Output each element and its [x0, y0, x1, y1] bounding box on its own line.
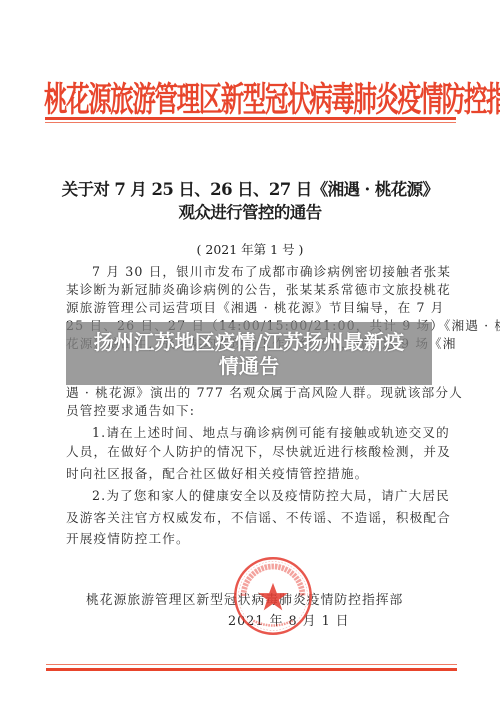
body-line: 人员，在做好个人防护的情况下，尽快就近进行核酸检测，并及 — [66, 444, 438, 460]
org-header: 桃花源旅游管理区新型冠状病毒肺炎疫情防控指挥部 — [44, 72, 456, 121]
official-seal — [232, 555, 314, 637]
body-line: 2.为了您和家人的健康安全以及疫情防控大局，请广大居民 — [92, 488, 464, 504]
header-rule-thin — [45, 122, 456, 123]
notice-title-line-2: 观众进行管控的通告 — [40, 199, 460, 223]
document-page: 桃花源旅游管理区新型冠状病毒肺炎疫情防控指挥部 关于对 7 月 25 日、26 … — [0, 0, 500, 710]
body-line: 及游客关注官方权威发布，不信谣、不传谣、不造谣，积极配合 — [66, 510, 438, 526]
body-line: 源旅游管理公司运营项目《湘遇 · 桃花源》节目编导，在 7 月 — [66, 300, 438, 316]
document-number: ( 2021 年第 1 号 ) — [40, 240, 460, 258]
star-icon — [258, 583, 288, 610]
body-line: 7 月 30 日，银川市发布了成都市确诊病例密切接触者张某 — [92, 264, 464, 280]
overlay-title: 扬州江苏地区疫情/江苏扬州最新疫情通告 — [84, 330, 414, 378]
body-line: 1.请在上述时间、地点与确诊病例可能有接触或轨迹交叉的 — [92, 425, 464, 441]
body-line: 某诊断为新冠肺炎确诊病例的公告，张某某系常德市文旅投桃花 — [66, 282, 438, 298]
notice-title-line-1: 关于对 7 月 25 日、26 日、27 日《湘遇 · 桃花源》 — [40, 176, 460, 200]
header-rule-thick — [45, 117, 456, 120]
body-line: 遇 · 桃花源》演出的 777 名观众属于高风险人群。现就该部分人 — [66, 385, 438, 401]
body-line: 时向社区报备，配合社区做好相关疫情管控措施。 — [66, 466, 438, 482]
footer-rule-thin — [46, 664, 457, 665]
body-line: 员管控要求通告如下: — [66, 403, 438, 419]
footer-rule-thick — [46, 668, 457, 671]
headline-overlay: 扬州江苏地区疫情/江苏扬州最新疫情通告 — [66, 322, 432, 385]
body-line: 开展疫情防控工作。 — [66, 531, 438, 547]
